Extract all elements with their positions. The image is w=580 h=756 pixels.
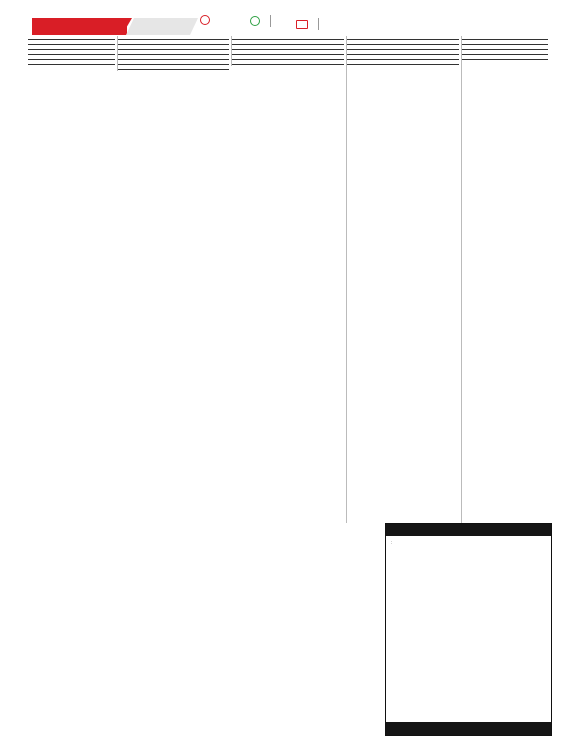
classified-ad <box>347 36 459 40</box>
phone-icon <box>200 15 210 25</box>
classified-ad <box>118 66 229 70</box>
classified-ad <box>232 61 344 65</box>
classified-ad <box>28 61 115 65</box>
classified-ad <box>347 61 459 65</box>
classified-ad <box>462 41 548 45</box>
classified-ad <box>118 46 229 50</box>
mail-icon <box>296 20 308 29</box>
classified-ad <box>118 61 229 65</box>
classified-ad <box>28 41 115 45</box>
classified-ad <box>232 36 344 40</box>
classified-ad <box>462 46 548 50</box>
contact-whatsapp <box>250 15 271 27</box>
page-header <box>0 0 580 36</box>
contact-phone <box>200 15 213 25</box>
column-3 <box>231 36 344 66</box>
convocatoria-body: : <box>386 536 551 551</box>
convocatoria-footer <box>386 722 551 735</box>
section-title <box>32 18 127 35</box>
divider <box>318 18 319 30</box>
classified-ad <box>118 36 229 40</box>
contact-email <box>296 18 319 30</box>
classified-ad <box>28 46 115 50</box>
classified-ad <box>232 51 344 55</box>
classified-ad <box>28 51 115 55</box>
classified-ad <box>232 56 344 60</box>
whatsapp-icon <box>250 16 260 26</box>
classified-ad <box>232 41 344 45</box>
classified-ad <box>118 56 229 60</box>
convocatoria-box: : <box>385 523 552 736</box>
column-5 <box>461 36 548 523</box>
classified-ad <box>347 51 459 55</box>
paper-logo-band <box>126 18 198 35</box>
column-1 <box>28 36 115 66</box>
classified-ad <box>28 36 115 40</box>
divider <box>270 15 271 27</box>
classified-ad <box>347 41 459 45</box>
classified-ad <box>462 56 548 60</box>
classified-ad <box>118 51 229 55</box>
classified-ad <box>232 46 344 50</box>
classified-ad <box>118 41 229 45</box>
classified-ad <box>462 36 548 40</box>
classified-ad <box>28 56 115 60</box>
column-4 <box>346 36 459 523</box>
convocatoria-title <box>386 524 551 536</box>
classified-ad <box>347 56 459 60</box>
classified-ad <box>347 46 459 50</box>
classified-ad <box>462 51 548 55</box>
column-2 <box>117 36 229 71</box>
